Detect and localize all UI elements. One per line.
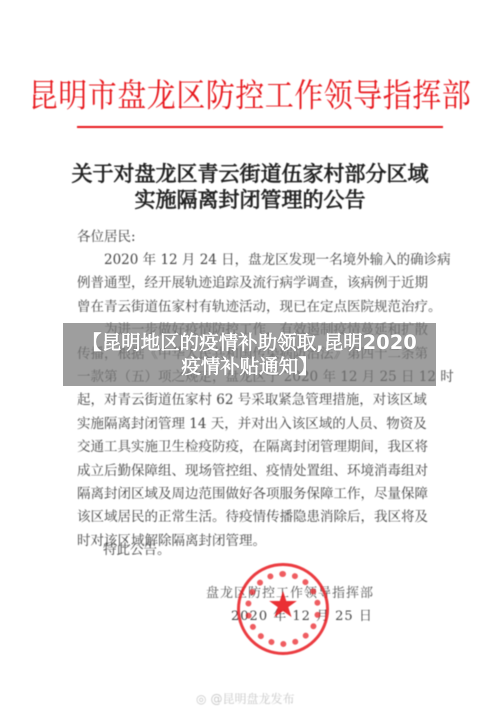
notice-document: 昆明市盘龙区防控工作领导指挥部 关于对盘龙区青云街道伍家村部分区域 实施隔离封闭… — [0, 0, 500, 710]
body-line: 起，对青云街道伍家村 62 号采取紧急管理措施，对该区域 — [77, 389, 447, 412]
body-line: 成立后勤保障组、现场管控组、疫情处置组、环境消毒组对 — [77, 460, 447, 483]
document-title-line-2: 实施隔离封闭管理的公告 — [0, 184, 500, 214]
body-paragraph: 2020 年 12 月 24 日，盘龙区发现一名境外输入的确诊病 例普通型，经开… — [77, 249, 447, 553]
body-line: 该区域居民的正常生活。待疫情传播隐患消除后，我区将及 — [77, 506, 447, 529]
closing-text: 特此公告。 — [103, 538, 171, 558]
weibo-watermark: ◎@昆明盘龙发布 — [196, 690, 295, 707]
body-line: 交通工具实施卫生检疫防疫，在隔离封闭管理期间，我区将 — [77, 436, 447, 459]
overlay-title-line-2: 疫情补贴通知】 — [181, 355, 318, 379]
salutation: 各位居民: — [77, 226, 447, 249]
overlay-title-line-1: 【昆明地区的疫情补助领取,昆明2020 — [82, 331, 417, 355]
official-seal: ★ — [237, 563, 329, 655]
article-title-overlay[interactable]: 【昆明地区的疫情补助领取,昆明2020 疫情补贴通知】 — [63, 323, 436, 386]
weibo-icon: ◎ — [196, 692, 206, 706]
watermark-text: @昆明盘龙发布 — [210, 692, 294, 706]
body-line: 2020 年 12 月 24 日，盘龙区发现一名境外输入的确诊病 — [77, 249, 447, 272]
body-line: 实施隔离封闭管理 14 天，并对出入该区域的人员、物资及 — [77, 413, 447, 436]
body-line: 隔离封闭区域及周边范围做好各项服务保障工作，尽量保障 — [77, 483, 447, 506]
agency-header: 昆明市盘龙区防控工作领导指挥部 — [0, 71, 500, 117]
star-icon: ★ — [240, 588, 326, 624]
red-divider — [77, 126, 443, 128]
body-line: 例普通型，经开展轨迹追踪及流行病学调查，该病例于近期 — [77, 272, 447, 295]
body-line: 曾在青云街道伍家村有轨迹活动，现已在定点医院规范治疗。 — [77, 296, 447, 319]
